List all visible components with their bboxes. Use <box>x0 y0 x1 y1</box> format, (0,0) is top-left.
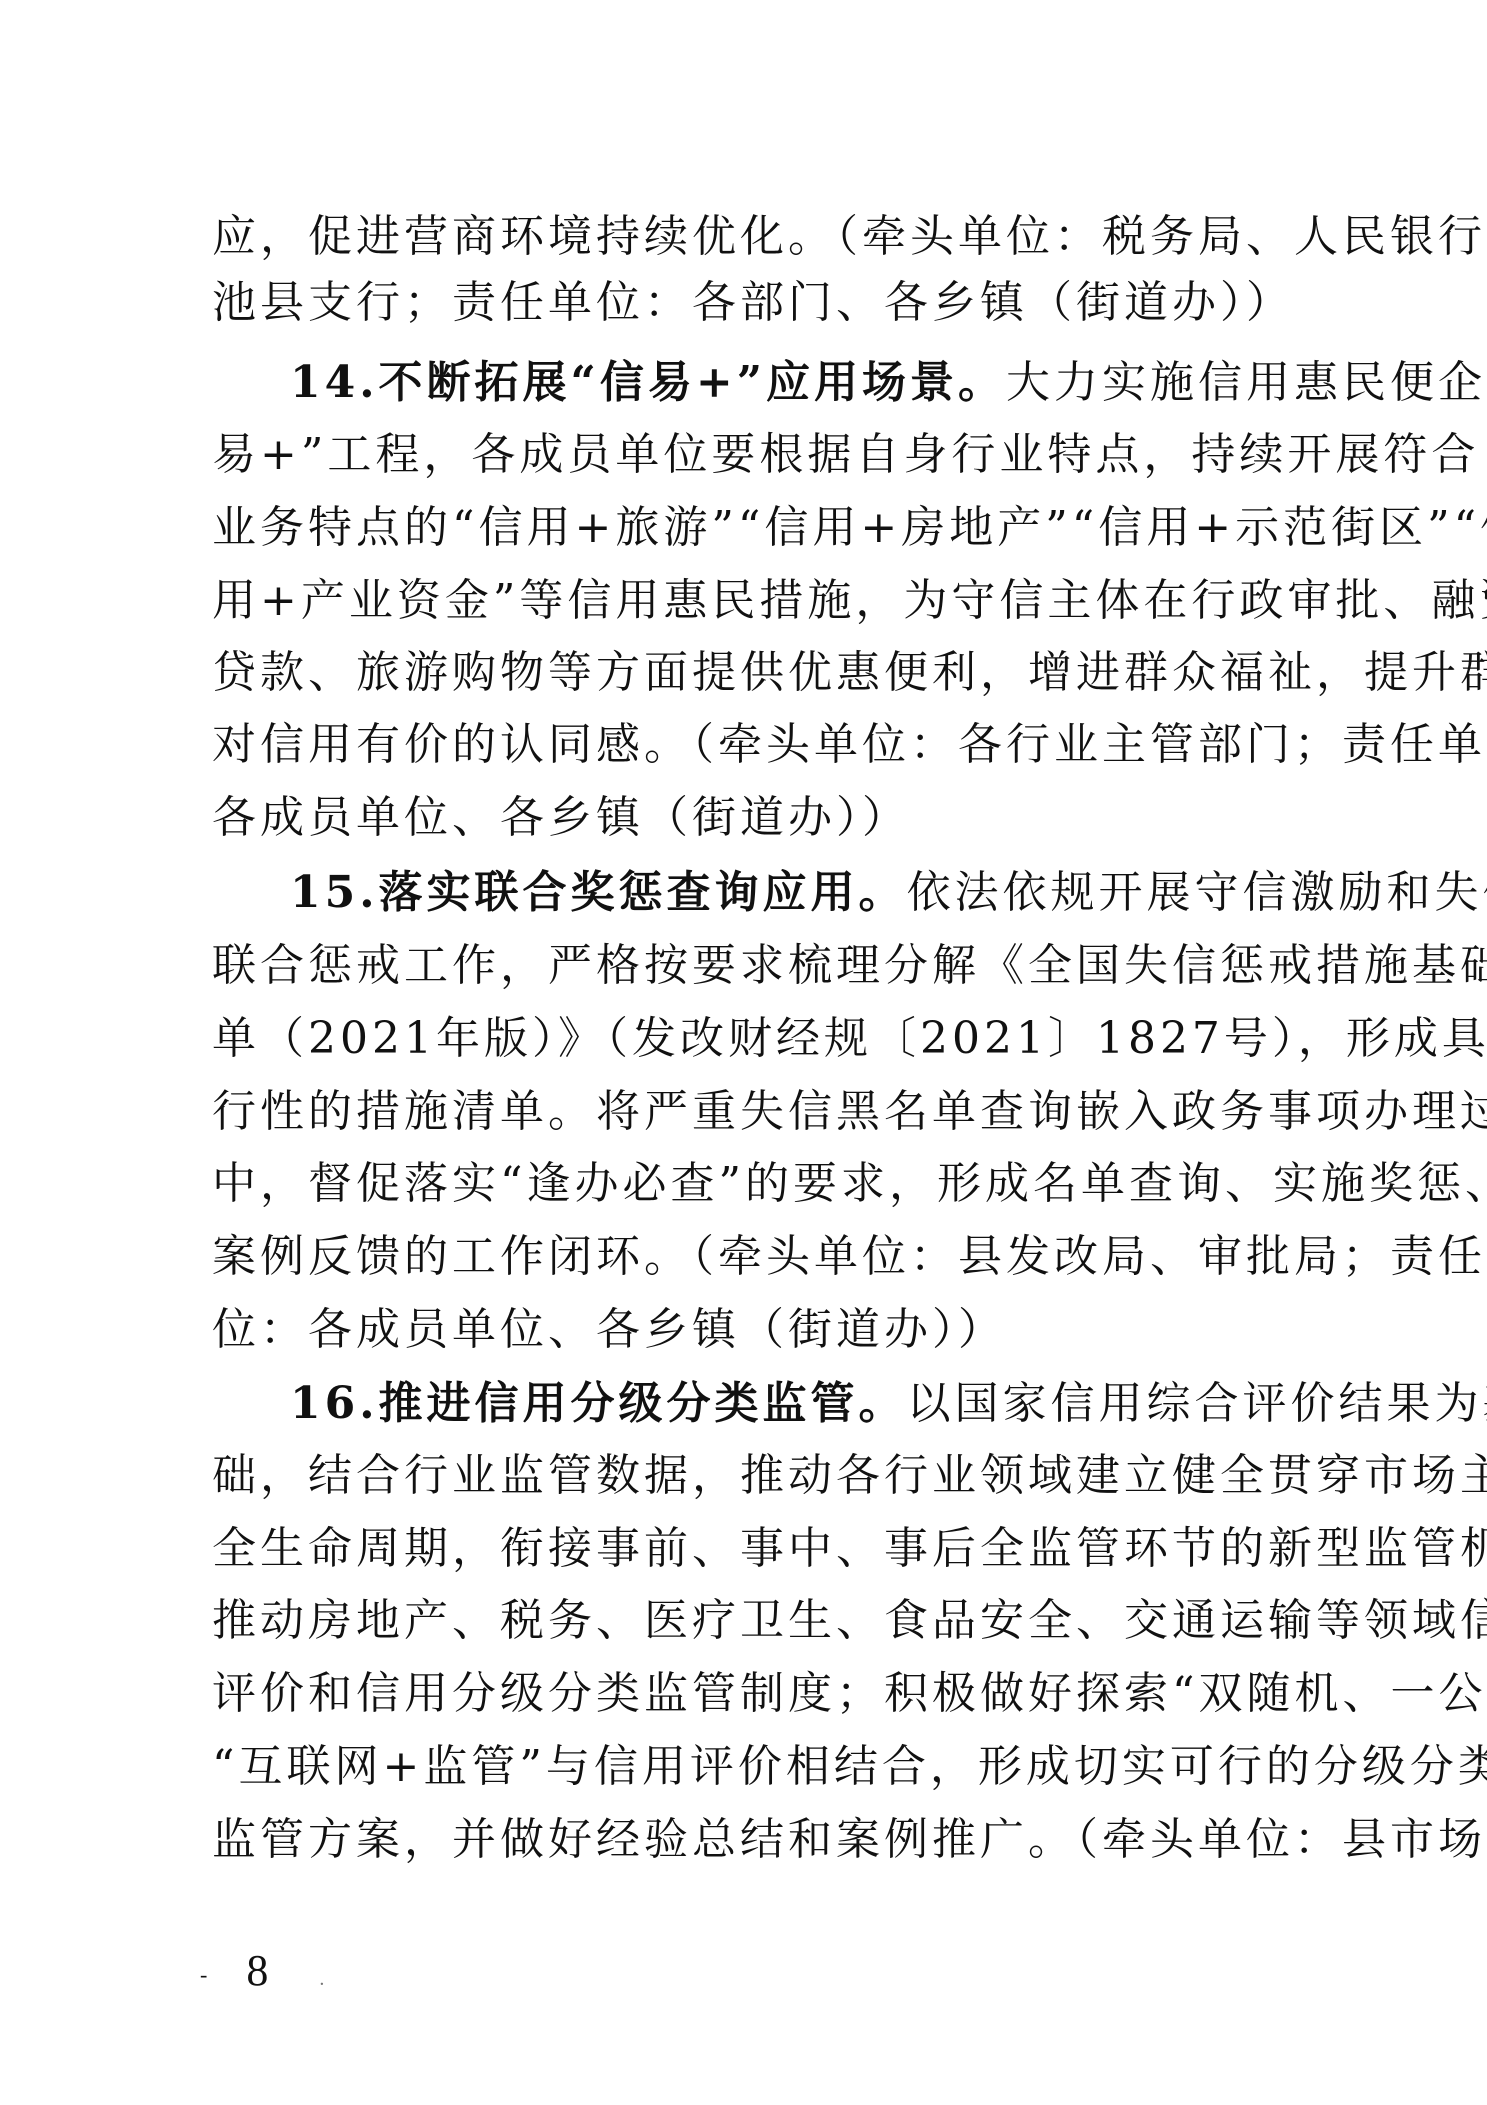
text-line: 应，促进营商环境持续优化。（牵头单位：税务局、人民银行盐 <box>212 207 1312 267</box>
text-line: 全生命周期，衔接事前、事中、事后全监管环节的新型监管机制， <box>212 1519 1312 1579</box>
section-heading: 15.落实联合奖惩查询应用。 <box>290 867 907 918</box>
text-line: 各成员单位、各乡镇（街道办）） <box>212 788 1312 848</box>
text-line: 易+”工程，各成员单位要根据自身行业特点，持续开展符合自身 <box>212 425 1312 485</box>
section-heading: 16.推进信用分级分类监管。 <box>290 1378 907 1429</box>
line-text: 依法依规开展守信激励和失信 <box>907 867 1487 918</box>
section-heading: 14.不断拓展“信易+”应用场景。 <box>290 357 1006 408</box>
paragraph-heading-line: 16.推进信用分级分类监管。以国家信用综合评价结果为基 <box>290 1374 1312 1434</box>
line-text: 推动房地产、税务、医疗卫生、食品安全、交通运输等领域信用 <box>212 1595 1487 1646</box>
line-text: 对信用有价的认同感。（牵头单位：各行业主管部门；责任单位： <box>212 719 1487 770</box>
paragraph-heading-line: 14.不断拓展“信易+”应用场景。大力实施信用惠民便企“信 <box>290 353 1312 413</box>
text-line: 位：各成员单位、各乡镇（街道办）） <box>212 1300 1312 1360</box>
page-number-dash: - <box>200 1962 207 1987</box>
line-text: 单（2021年版）》（发改财经规〔2021〕1827号），形成具有可执 <box>212 1013 1487 1064</box>
line-text: 行性的措施清单。将严重失信黑名单查询嵌入政务事项办理过程 <box>212 1086 1487 1137</box>
line-text: “互联网+监管”与信用评价相结合，形成切实可行的分级分类 <box>212 1741 1487 1792</box>
text-line: 联合惩戒工作，严格按要求梳理分解《全国失信惩戒措施基础清 <box>212 936 1312 996</box>
line-text: 评价和信用分级分类监管制度；积极做好探索“双随机、一公开” <box>212 1668 1487 1719</box>
text-line: 评价和信用分级分类监管制度；积极做好探索“双随机、一公开” <box>212 1664 1312 1724</box>
line-text: 易+”工程，各成员单位要根据自身行业特点，持续开展符合自身 <box>212 429 1487 480</box>
line-text: 位：各成员单位、各乡镇（街道办）） <box>212 1304 1006 1355</box>
text-line: 行性的措施清单。将严重失信黑名单查询嵌入政务事项办理过程 <box>212 1082 1312 1142</box>
document-page: 应，促进营商环境持续优化。（牵头单位：税务局、人民银行盐池县支行；责任单位：各部… <box>0 0 1487 2105</box>
text-line: 用+产业资金”等信用惠民措施，为守信主体在行政审批、融资 <box>212 571 1312 631</box>
line-text: 监管方案，并做好经验总结和案例推广。（牵头单位：县市场监 <box>212 1814 1487 1865</box>
line-text: 联合惩戒工作，严格按要求梳理分解《全国失信惩戒措施基础清 <box>212 940 1487 991</box>
page-number: 8 <box>246 1946 268 1995</box>
text-line: 对信用有价的认同感。（牵头单位：各行业主管部门；责任单位： <box>212 715 1312 775</box>
line-text: 全生命周期，衔接事前、事中、事后全监管环节的新型监管机制， <box>212 1523 1487 1574</box>
line-text: 业务特点的“信用+旅游”“信用+房地产”“信用+示范街区”“信 <box>212 502 1487 553</box>
line-text: 应，促进营商环境持续优化。（牵头单位：税务局、人民银行盐 <box>212 211 1487 262</box>
line-text: 中，督促落实“逢办必查”的要求，形成名单查询、实施奖惩、 <box>212 1158 1487 1209</box>
text-line: 业务特点的“信用+旅游”“信用+房地产”“信用+示范街区”“信 <box>212 498 1312 558</box>
text-line: 案例反馈的工作闭环。（牵头单位：县发改局、审批局；责任单 <box>212 1227 1312 1287</box>
text-line: 单（2021年版）》（发改财经规〔2021〕1827号），形成具有可执 <box>212 1009 1312 1069</box>
line-text: 案例反馈的工作闭环。（牵头单位：县发改局、审批局；责任单 <box>212 1231 1487 1282</box>
text-line: 池县支行；责任单位：各部门、各乡镇（街道办）） <box>212 273 1312 333</box>
line-text: 础，结合行业监管数据，推动各行业领域建立健全贯穿市场主体 <box>212 1450 1487 1501</box>
line-text: 用+产业资金”等信用惠民措施，为守信主体在行政审批、融资 <box>212 575 1487 626</box>
text-line: 中，督促落实“逢办必查”的要求，形成名单查询、实施奖惩、 <box>212 1154 1312 1214</box>
page-number-dot: . <box>319 1968 324 1990</box>
line-text: 大力实施信用惠民便企“信 <box>1006 357 1487 408</box>
paragraph-heading-line: 15.落实联合奖惩查询应用。依法依规开展守信激励和失信 <box>290 863 1312 923</box>
text-line: 推动房地产、税务、医疗卫生、食品安全、交通运输等领域信用 <box>212 1591 1312 1651</box>
text-line: 础，结合行业监管数据，推动各行业领域建立健全贯穿市场主体 <box>212 1446 1312 1506</box>
text-line: 监管方案，并做好经验总结和案例推广。（牵头单位：县市场监 <box>212 1810 1312 1870</box>
text-line: “互联网+监管”与信用评价相结合，形成切实可行的分级分类 <box>212 1737 1312 1797</box>
line-text: 各成员单位、各乡镇（街道办）） <box>212 792 910 843</box>
line-text: 以国家信用综合评价结果为基 <box>907 1378 1487 1429</box>
line-text: 贷款、旅游购物等方面提供优惠便利，增进群众福祉，提升群众 <box>212 647 1487 698</box>
page-number-footer: - 8 . <box>200 1945 324 1996</box>
text-line: 贷款、旅游购物等方面提供优惠便利，增进群众福祉，提升群众 <box>212 643 1312 703</box>
line-text: 池县支行；责任单位：各部门、各乡镇（街道办）） <box>212 277 1294 328</box>
